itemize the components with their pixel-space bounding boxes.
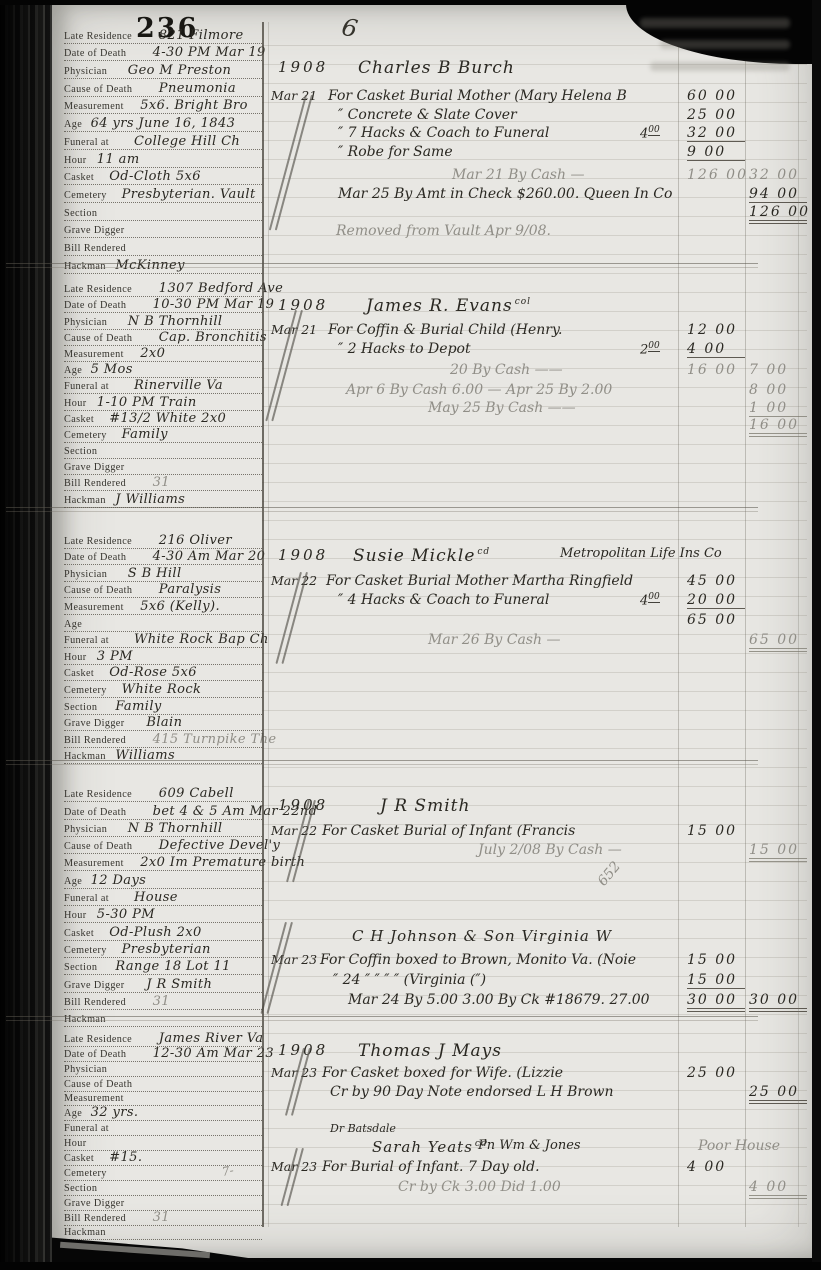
account-row: Mar 23For Burial of Infant. 7 Day old.4 … [0, 1159, 821, 1181]
column-rule [678, 22, 679, 1227]
entry-description: Cr by 90 Day Note endorsed L H Brown [330, 1084, 614, 1100]
field-value: McKinney [115, 258, 184, 273]
field-row-section: SectionFamily [64, 698, 262, 715]
field-row-bill-rendered: Bill Rendered31 [64, 1211, 262, 1226]
field-value: House [134, 890, 178, 905]
field-row-section: Section [64, 443, 262, 459]
photo-edge-right [812, 0, 821, 1270]
record-separator [6, 1016, 758, 1017]
field-value: J Williams [115, 492, 185, 507]
field-label: Hour [64, 910, 87, 921]
column-rule [745, 22, 746, 1227]
field-label: Casket [64, 668, 94, 679]
entry-description: ″ Concrete & Slate Cover [338, 107, 517, 123]
amount-col1: 20 00 [687, 592, 745, 609]
field-label: Age [64, 1108, 82, 1119]
field-value: White Rock [122, 682, 202, 697]
entry-description: Cr by Ck 3.00 Did 1.00 [398, 1179, 561, 1195]
field-row-hackman: HackmanWilliams [64, 748, 262, 765]
entry-description: Mar 24 By 5.00 3.00 By Ck #18679. 27.00 [348, 992, 650, 1008]
entry-description: ″ 4 Hacks & Coach to Funeral [338, 592, 549, 608]
account-row: 16 00 [0, 417, 821, 439]
entry-description: Mar 25 By Amt in Check $260.00. Queen In… [338, 186, 672, 202]
page-content: 6Late Residence821 FilmoreDate of Death4… [0, 0, 821, 1270]
ledger-scan: 236 6Late Residence821 FilmoreDate of De… [0, 0, 821, 1270]
account-row: Removed from Vault Apr 9/08. [0, 223, 821, 245]
field-label: Bill Rendered [64, 735, 126, 746]
field-label: Hackman [64, 495, 106, 506]
field-label: Late Residence [64, 536, 132, 547]
record-separator [6, 760, 758, 761]
account-row: 1908Thomas J Mays [0, 1041, 821, 1063]
pen-flourish: 6 [339, 13, 360, 44]
amount-col1: 15 00 [687, 952, 745, 968]
entry-description: July 2/08 By Cash — [478, 842, 622, 858]
name-suffix: col [515, 297, 531, 307]
account-row: 1908Susie MicklecdMetropolitan Life Ins … [0, 546, 821, 568]
entry-date: Mar 22 [271, 573, 317, 588]
entry-description: ″ 7 Hacks & Coach to Funeral [338, 125, 549, 141]
field-row-casket: CasketOd-Rose 5x6 [64, 665, 262, 682]
field-value: Family [115, 699, 161, 714]
unit-cents: 00 [648, 592, 659, 603]
account-row: C H Johnson & Son Virginia W [0, 927, 821, 949]
entry-description: For Casket Burial Mother (Mary Helena B [328, 88, 627, 104]
pencil-note: 7- [221, 1163, 235, 1179]
entry-description: For Coffin & Burial Child (Henry. [328, 322, 562, 338]
field-label: Bill Rendered [64, 1213, 126, 1224]
field-label: Grave Digger [64, 718, 125, 729]
field-row-bill-rendered: Bill Rendered415 Turnpike The [64, 731, 262, 748]
account-row: Cr by Ck 3.00 Did 1.004 00 [0, 1179, 821, 1201]
entry-description: Mar 26 By Cash — [428, 632, 560, 648]
field-row-age: Age12 Days [64, 871, 262, 888]
record-separator [6, 764, 758, 765]
name-extra: Metropolitan Life Ins Co [560, 546, 722, 561]
amount-col1: 65 00 [687, 612, 745, 628]
field-row-hackman: HackmanJ Williams [64, 491, 262, 507]
entry-description: For Casket Burial of Infant (Francis [322, 823, 575, 839]
field-row-late-residence: Late Residence821 Filmore [64, 26, 262, 44]
ink-bleedthrough [660, 40, 790, 49]
field-row-age: Age32 yrs. [64, 1106, 262, 1121]
amount-col1: 25 00 [687, 107, 745, 123]
photo-edge-bottom [0, 1262, 821, 1270]
year-entry: 1908 [278, 546, 328, 564]
entry-description: Mar 21 By Cash — [452, 167, 584, 183]
amount-col1: 16 00 [687, 362, 745, 378]
entry-description: For Casket Burial Mother Martha Ringfiel… [326, 573, 633, 589]
entry-description: ″ Robe for Same [338, 144, 453, 160]
unit-price: 400 [640, 592, 660, 608]
account-row: 20 By Cash ——16 007 00 [0, 362, 821, 384]
entry-description: For Casket boxed for Wife. (Lizzie [322, 1065, 563, 1081]
name-suffix: cd [477, 547, 490, 557]
unit-cents: 00 [648, 125, 659, 136]
field-row-bill-rendered: Bill Rendered31 [64, 475, 262, 491]
photo-edge-top [0, 0, 821, 5]
field-value: Williams [115, 748, 175, 763]
name-entry: J R Smith [380, 796, 470, 816]
account-row: Sarah YeatscdPn Wm & JonesPoor House [0, 1138, 821, 1160]
field-row-grave-digger: Grave Digger [64, 459, 262, 475]
field-label: Age [64, 876, 82, 887]
account-row: Cr by 90 Day Note endorsed L H Brown25 0… [0, 1084, 821, 1106]
field-row-hour: Hour5-30 PM [64, 906, 262, 923]
name-entry: James R. Evanscol [366, 296, 531, 316]
entry-description: For Coffin boxed to Brown, Monito Va. (N… [320, 952, 636, 968]
year-entry: 1908 [278, 796, 328, 814]
field-value: Blain [146, 715, 182, 730]
record-separator [6, 507, 758, 508]
entry-description: ″ 24 ″ ″ ″ ″ (Virginia (″) [333, 972, 486, 988]
amount-col1: 25 00 [687, 1065, 745, 1081]
record-separator [6, 267, 758, 268]
unit-cents: 00 [648, 341, 659, 352]
unit-price: 400 [640, 125, 660, 141]
ink-bleedthrough [640, 18, 790, 28]
name-entry: C H Johnson & Son Virginia W [352, 927, 612, 945]
field-label: Cemetery [64, 685, 107, 696]
name-entry: Susie Micklecd [353, 546, 490, 566]
field-label: Funeral at [64, 893, 109, 904]
field-label: Late Residence [64, 31, 132, 42]
field-value: Od-Rose 5x6 [109, 665, 197, 680]
field-value: 32 yrs. [91, 1105, 139, 1120]
field-value: 31 [153, 1210, 170, 1225]
entry-description: Removed from Vault Apr 9/08. [336, 223, 551, 239]
account-row: 65 00 [0, 612, 821, 634]
field-row-grave-digger: Grave DiggerBlain [64, 715, 262, 732]
field-row-funeral-at: Funeral atHouse [64, 889, 262, 906]
entry-description: Poor House [698, 1138, 780, 1154]
entry-description: 20 By Cash —— [450, 362, 563, 378]
field-value: 12 Days [91, 873, 147, 888]
account-row: ″ 4 Hacks & Coach to Funeral40020 00 [0, 592, 821, 614]
amount-col1: 15 00 [687, 972, 745, 989]
field-row-hackman: HackmanMcKinney [64, 256, 262, 274]
year-entry: 1908 [278, 296, 328, 314]
amount-col1: 4 00 [687, 341, 745, 358]
account-row: ″ 2 Hacks to Depot2004 00 [0, 341, 821, 363]
name-entry: Sarah Yeatscd [372, 1138, 488, 1156]
amount-col1: 12 00 [687, 322, 745, 338]
record-separator [6, 511, 758, 512]
column-rule [798, 22, 799, 1227]
field-value: 5-30 PM [97, 907, 155, 922]
field-value: 415 Turnpike The [153, 732, 277, 747]
entry-description: Dr Batsdale [330, 1122, 396, 1135]
amount-col1: 32 00 [687, 125, 745, 142]
amount-col1: 126 00 [687, 167, 745, 183]
unit-price: 200 [640, 341, 660, 357]
account-row: July 2/08 By Cash —15 00 [0, 842, 821, 864]
amount-col1: 4 00 [687, 1159, 745, 1175]
amount-col1: 30 00 [687, 992, 745, 1012]
field-label: Bill Rendered [64, 478, 126, 489]
record-separator [6, 1020, 758, 1021]
account-row: 1908J R Smith [0, 796, 821, 818]
amount-col1: 15 00 [687, 823, 745, 839]
field-row-late-residence: Late Residence1307 Bedford Ave [64, 281, 262, 297]
account-row: ″ 24 ″ ″ ″ ″ (Virginia (″)15 00 [0, 972, 821, 994]
column-rule [268, 22, 269, 1227]
entry-date: Mar 22 [271, 823, 317, 838]
field-label: Hackman [64, 1227, 106, 1238]
entry-description: May 25 By Cash —— [428, 400, 576, 416]
field-row-cemetery: CemeteryWhite Rock [64, 681, 262, 698]
ink-bleedthrough [650, 62, 790, 71]
field-label: Section [64, 702, 97, 713]
entry-description: Apr 6 By Cash 6.00 — Apr 25 By 2.00 [346, 382, 612, 398]
account-row: Mar 26 By Cash —65 00 [0, 632, 821, 654]
field-label: Grave Digger [64, 462, 125, 473]
field-value: 31 [153, 475, 170, 490]
account-row: 1908James R. Evanscol [0, 296, 821, 318]
field-label: Late Residence [64, 284, 132, 295]
entry-description: For Burial of Infant. 7 Day old. [322, 1159, 540, 1175]
year-entry: 1908 [278, 58, 328, 76]
field-value: 1307 Bedford Ave [159, 281, 283, 296]
column-rule [262, 22, 264, 1227]
field-row-hackman: Hackman [64, 1226, 262, 1241]
amount-col1: 9 00 [687, 144, 745, 161]
name-entry: Charles B Burch [358, 58, 515, 78]
name-extra: Pn Wm & Jones [478, 1138, 581, 1153]
account-row: Mar 23For Coffin boxed to Brown, Monito … [0, 952, 821, 974]
account-row: ″ Robe for Same9 00 [0, 144, 821, 166]
record-separator [6, 263, 758, 264]
name-entry: Thomas J Mays [358, 1041, 502, 1061]
field-label: Section [64, 446, 97, 457]
amount-col1: 60 00 [687, 88, 745, 104]
entry-description: ″ 2 Hacks to Depot [338, 341, 471, 357]
account-row: Mar 24 By 5.00 3.00 By Ck #18679. 27.003… [0, 992, 821, 1014]
amount-col1: 45 00 [687, 573, 745, 589]
field-value: 821 Filmore [159, 28, 244, 43]
